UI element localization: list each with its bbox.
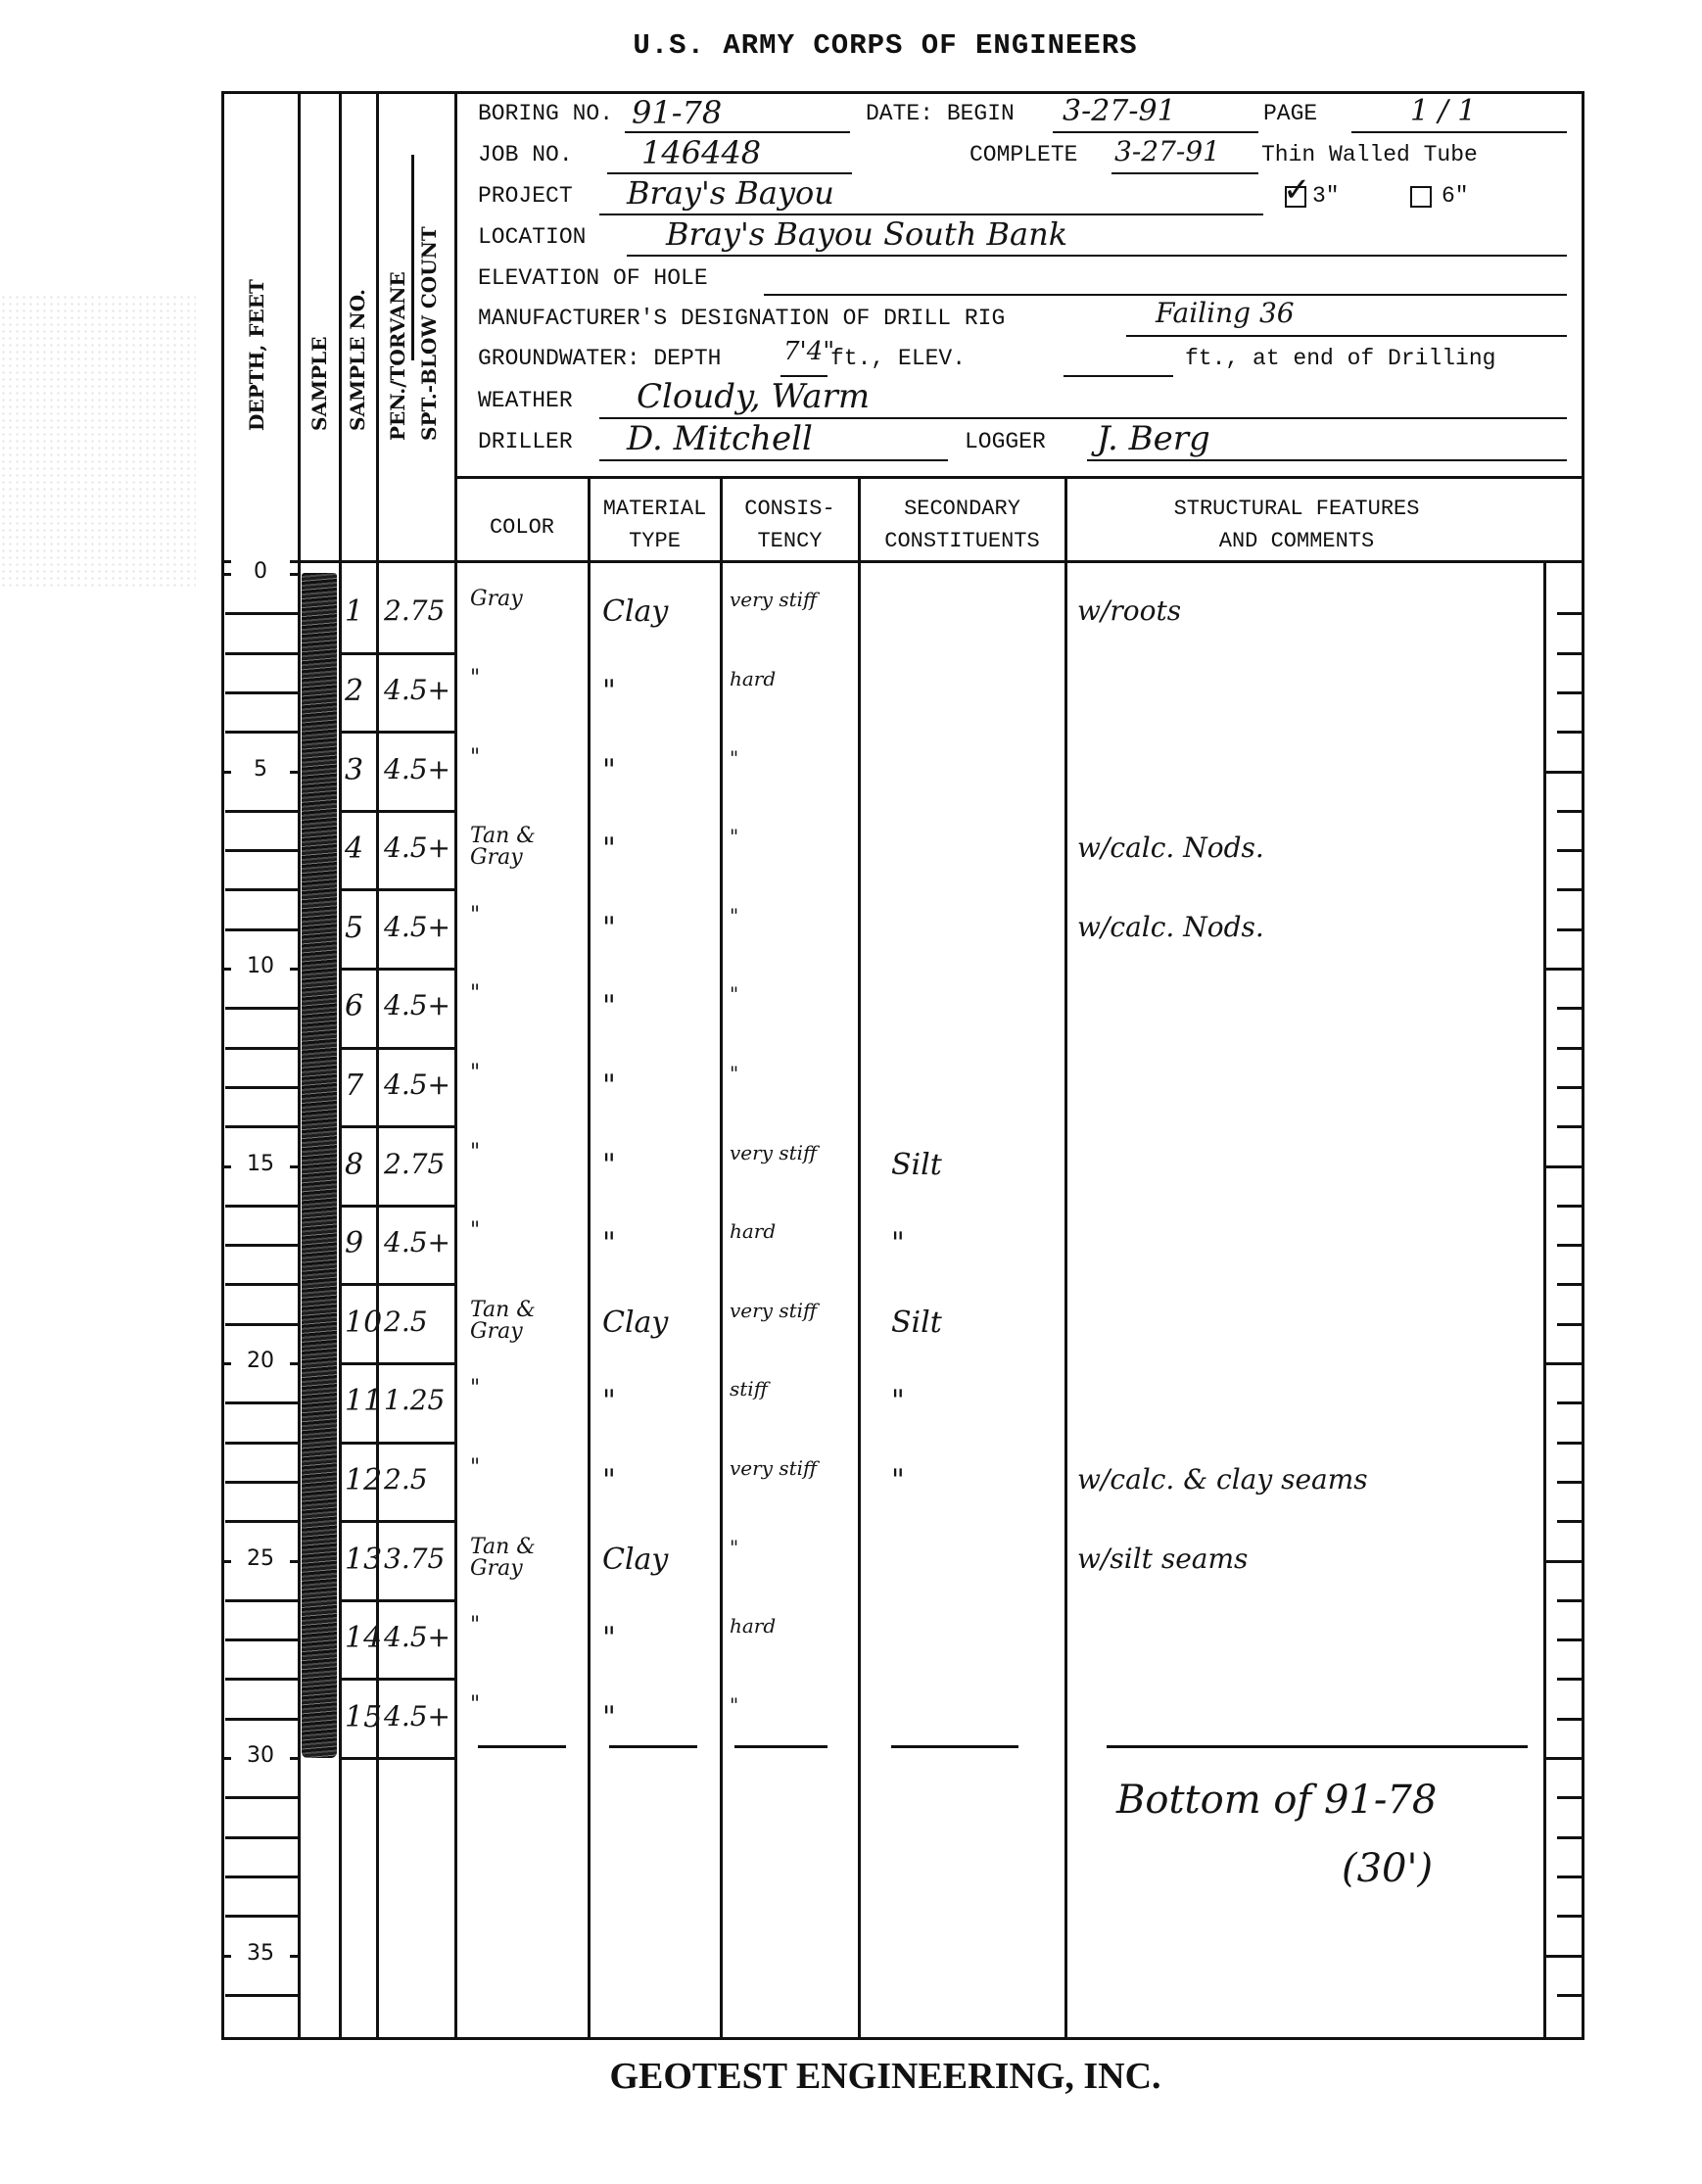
underline-complete	[1111, 172, 1258, 174]
label-job-no: JOB NO.	[478, 142, 573, 167]
sample-row-divider	[339, 731, 456, 734]
sample-color: "	[470, 668, 578, 689]
depth-tick	[225, 1718, 300, 1721]
agency-title: U.S. ARMY CORPS OF ENGINEERS	[0, 29, 1702, 62]
sample-sample-no: 4	[345, 831, 363, 866]
right-scale-tick	[1557, 1718, 1584, 1721]
sample-row-divider	[339, 1125, 456, 1128]
label-tube-6in: 6"	[1442, 183, 1469, 209]
depth-tick	[225, 888, 300, 891]
column-pen-torvane: PEN./TORVANE	[386, 271, 409, 441]
depth-label: 15	[231, 1152, 290, 1176]
sample-row-divider	[339, 968, 456, 971]
complete-value[interactable]: 3-27-91	[1114, 135, 1220, 167]
column-secondary-line2: CONSTITUENTS	[860, 527, 1064, 556]
depth-tick	[225, 1875, 300, 1878]
right-scale-tick	[1557, 1994, 1584, 1997]
right-scale-tick	[1557, 1678, 1584, 1681]
boring-no-value[interactable]: 91-78	[632, 94, 722, 131]
depth-tick	[225, 1520, 300, 1523]
depth-tick	[225, 652, 300, 655]
right-scale-tick	[1557, 1401, 1584, 1404]
right-scale-tick	[1557, 731, 1584, 734]
sample-pen-value: 4.5+	[384, 911, 450, 943]
page-value[interactable]: 1 / 1	[1410, 94, 1476, 128]
end-of-log-line	[1107, 1745, 1528, 1748]
sample-consistency: "	[730, 747, 847, 769]
sample-color: "	[470, 905, 578, 926]
sample-color: "	[470, 983, 578, 1005]
right-scale-tick	[1557, 612, 1584, 615]
depth-tick	[225, 612, 300, 615]
underline-drill-rig	[1126, 335, 1567, 337]
column-structural-line1: STRUCTURAL FEATURES	[1066, 495, 1527, 524]
sample-pen-value: 4.5+	[384, 1068, 450, 1101]
sample-sample-no: 1	[345, 594, 363, 629]
right-scale-major-tick	[1545, 1165, 1584, 1168]
sample-color: Tan & Gray	[470, 826, 578, 869]
label-weather: WEATHER	[478, 388, 573, 413]
column-spt-blow-count: SPT.-BLOW COUNT	[417, 226, 441, 441]
right-scale-major-tick	[1545, 771, 1584, 774]
depth-label: 10	[231, 954, 290, 978]
right-scale-tick	[1557, 1481, 1584, 1484]
column-depth-feet: DEPTH, FEET	[245, 279, 268, 431]
sample-sample-no: 3	[345, 753, 363, 787]
sample-consistency: "	[730, 983, 847, 1005]
sample-sample-no: 14	[345, 1621, 382, 1655]
pen-spt-divider	[411, 155, 414, 360]
sample-consistency: "	[730, 826, 847, 847]
depth-tick	[225, 1086, 300, 1089]
right-scale-major-tick	[1545, 1757, 1584, 1760]
drill-rig-value[interactable]: Failing 36	[1156, 297, 1295, 329]
right-scale-major-tick	[1545, 1955, 1584, 1958]
sample-consistency: "	[730, 1537, 847, 1558]
underline-date-begin	[1053, 131, 1258, 133]
sample-secondary: "	[891, 1226, 905, 1260]
sample-sample-no: 13	[345, 1543, 382, 1577]
divider-pen	[454, 91, 457, 2040]
label-ft-end-of-drilling: ft., at end of Drilling	[1185, 346, 1495, 371]
sample-sample-no: 6	[345, 989, 363, 1023]
sample-consistency: "	[730, 1063, 847, 1084]
depth-tick	[225, 1836, 300, 1839]
depth-tick	[225, 1678, 300, 1681]
sample-material: "	[602, 1700, 616, 1734]
sample-material: "	[602, 1148, 616, 1182]
right-scale-major-tick	[1545, 1362, 1584, 1365]
label-complete: COMPLETE	[969, 142, 1077, 167]
depth-tick	[225, 1442, 300, 1445]
label-thin-walled-tube: Thin Walled Tube	[1261, 142, 1478, 167]
label-page: PAGE	[1263, 101, 1317, 126]
divider-sample-no	[376, 91, 379, 2040]
label-logger: LOGGER	[965, 429, 1046, 454]
sample-color: "	[470, 747, 578, 769]
sample-consistency: hard	[730, 668, 847, 689]
end-of-log-line	[734, 1745, 827, 1748]
label-date-begin: DATE: BEGIN	[866, 101, 1015, 126]
logger-value[interactable]: J. Berg	[1097, 419, 1210, 458]
depth-label: 35	[231, 1941, 290, 1966]
location-value[interactable]: Bray's Bayou South Bank	[666, 215, 1067, 253]
sample-secondary: Silt	[891, 1306, 942, 1340]
sample-row-divider	[339, 1520, 456, 1523]
sample-row-divider	[339, 1442, 456, 1445]
column-sample: SAMPLE	[307, 337, 331, 431]
divider-consistency	[858, 476, 861, 2040]
sample-row-divider	[339, 1678, 456, 1681]
divider-depth	[298, 91, 301, 2040]
sample-row-divider	[339, 1362, 456, 1365]
depth-tick	[225, 1796, 300, 1799]
sample-comments: w/roots	[1077, 594, 1181, 627]
depth-label: 20	[231, 1349, 290, 1373]
depth-tick	[225, 731, 300, 734]
sample-material: "	[602, 831, 616, 866]
column-head-divider	[221, 560, 1584, 563]
sample-row-divider	[339, 1757, 456, 1760]
sample-sample-no: 12	[345, 1463, 382, 1497]
right-scale-tick	[1557, 1796, 1584, 1799]
depth-tick	[225, 1323, 300, 1326]
depth-tick	[225, 1125, 300, 1128]
sample-material: "	[602, 674, 616, 708]
depth-tick	[225, 691, 300, 694]
sample-sample-no: 7	[345, 1068, 363, 1103]
driller-value[interactable]: D. Mitchell	[627, 419, 813, 458]
end-of-log-line	[891, 1745, 1018, 1748]
sample-pen-value: 4.5+	[384, 1700, 450, 1733]
sample-material: "	[602, 1463, 616, 1497]
right-scale-tick	[1557, 1125, 1584, 1128]
sample-color: "	[470, 1615, 578, 1637]
right-scale-tick	[1557, 1599, 1584, 1602]
underline-boring-no	[625, 131, 850, 133]
divider-sample	[339, 91, 342, 2040]
header-divider	[454, 476, 1584, 479]
right-scale-tick	[1557, 1205, 1584, 1208]
sample-secondary: "	[891, 1463, 905, 1497]
depth-tick	[225, 1599, 300, 1602]
sample-color: Gray	[470, 589, 578, 610]
right-scale-major-tick	[1545, 968, 1584, 971]
sample-color: Tan & Gray	[470, 1300, 578, 1343]
sample-row-divider	[339, 1599, 456, 1602]
depth-tick	[225, 849, 300, 852]
divider-secondary	[1064, 476, 1067, 2040]
right-scale-tick	[1557, 1836, 1584, 1839]
label-elevation: ELEVATION OF HOLE	[478, 265, 708, 291]
column-consistency-line2: TENCY	[722, 527, 858, 556]
sample-material: "	[602, 911, 616, 945]
sample-material: "	[602, 1384, 616, 1418]
right-scale-tick	[1557, 1007, 1584, 1010]
right-scale-tick	[1557, 691, 1584, 694]
sample-consistency: very stiff	[730, 1142, 847, 1163]
depth-tick	[225, 1283, 300, 1286]
sample-pen-value: 4.5+	[384, 674, 450, 706]
sample-pen-value: 4.5+	[384, 1621, 450, 1653]
column-secondary-line1: SECONDARY	[860, 495, 1064, 524]
depth-tick	[225, 1401, 300, 1404]
label-tube-3in: 3"	[1312, 183, 1340, 209]
right-scale-tick	[1557, 1915, 1584, 1918]
underline-groundwater-elev	[1064, 375, 1173, 377]
depth-label: 25	[231, 1546, 290, 1571]
underline-elevation	[764, 294, 1567, 296]
sample-row-divider	[339, 1205, 456, 1208]
sample-consistency: very stiff	[730, 1300, 847, 1321]
sample-color: "	[470, 1378, 578, 1400]
right-scale-tick	[1557, 1047, 1584, 1050]
sample-sample-no: 2	[345, 674, 363, 708]
sample-pen-value: 4.5+	[384, 831, 450, 864]
sample-material: "	[602, 1621, 616, 1655]
right-scale-tick	[1557, 1244, 1584, 1247]
right-scale-major-tick	[1545, 1560, 1584, 1563]
right-scale-tick	[1557, 1520, 1584, 1523]
sample-secondary: "	[891, 1384, 905, 1418]
right-scale-tick	[1557, 1442, 1584, 1445]
sample-pen-value: 2.5	[384, 1463, 428, 1496]
divider-material	[720, 476, 723, 2040]
sample-pen-value: 2.75	[384, 594, 445, 627]
right-scale-tick	[1557, 849, 1584, 852]
sample-consistency: very stiff	[730, 1457, 847, 1479]
sample-consistency: stiff	[730, 1378, 847, 1400]
label-drill-rig: MANUFACTURER'S DESIGNATION OF DRILL RIG	[478, 306, 1005, 331]
bottom-note-line2: (30')	[1342, 1846, 1433, 1891]
sample-sample-no: 11	[345, 1384, 382, 1418]
label-location: LOCATION	[478, 224, 586, 250]
depth-tick	[225, 928, 300, 931]
sample-comments: w/silt seams	[1077, 1543, 1248, 1575]
sample-material: Clay	[602, 1543, 668, 1577]
sample-pen-value: 3.75	[384, 1543, 445, 1575]
sample-color: "	[470, 1457, 578, 1479]
sample-color: "	[470, 1142, 578, 1163]
right-scale-tick	[1557, 810, 1584, 813]
label-driller: DRILLER	[478, 429, 573, 454]
sample-material: Clay	[602, 594, 668, 629]
column-consistency-line1: CONSIS-	[722, 495, 858, 524]
depth-label: 30	[231, 1743, 290, 1768]
label-groundwater-depth: GROUNDWATER: DEPTH	[478, 346, 721, 371]
sample-sample-no: 9	[345, 1226, 363, 1260]
underline-page	[1351, 131, 1567, 133]
end-of-log-line	[478, 1745, 566, 1748]
sample-sample-no: 10	[345, 1306, 382, 1340]
sample-row-divider	[339, 810, 456, 813]
depth-tick	[225, 1205, 300, 1208]
depth-tick	[225, 1915, 300, 1918]
sample-material: "	[602, 753, 616, 787]
sample-row-divider	[339, 652, 456, 655]
sample-consistency: "	[730, 1694, 847, 1716]
depth-tick	[225, 1481, 300, 1484]
date-begin-value[interactable]: 3-27-91	[1063, 94, 1176, 128]
sample-pen-value: 4.5+	[384, 1226, 450, 1258]
job-no-value[interactable]: 146448	[641, 134, 761, 171]
underline-location	[627, 255, 1567, 257]
depth-tick	[225, 1047, 300, 1050]
sample-pen-value: 2.75	[384, 1148, 445, 1180]
groundwater-depth-value[interactable]: 7'4"	[783, 337, 834, 366]
sample-core-graphic	[302, 573, 337, 1758]
column-material-line2: TYPE	[590, 527, 720, 556]
sample-material: "	[602, 989, 616, 1023]
sample-color: "	[470, 1220, 578, 1242]
company-footer: GEOTEST ENGINEERING, INC.	[0, 2055, 1702, 2098]
sample-comments: w/calc. Nods.	[1077, 911, 1264, 943]
sample-pen-value: 4.5+	[384, 989, 450, 1021]
weather-value[interactable]: Cloudy, Warm	[637, 377, 870, 416]
end-of-log-line	[609, 1745, 697, 1748]
sample-consistency: "	[730, 905, 847, 926]
sample-pen-value: 4.5+	[384, 753, 450, 785]
bottom-note-line1: Bottom of 91-78	[1116, 1778, 1437, 1823]
column-structural-line2: AND COMMENTS	[1066, 527, 1527, 556]
sample-row-divider	[339, 1283, 456, 1286]
label-project: PROJECT	[478, 183, 573, 209]
underline-logger	[1087, 459, 1567, 461]
sample-color: "	[470, 1063, 578, 1084]
underline-driller	[599, 459, 948, 461]
depth-tick	[225, 1638, 300, 1641]
right-scale-tick	[1557, 1638, 1584, 1641]
sample-comments: w/calc. & clay seams	[1077, 1463, 1368, 1496]
sample-comments: w/calc. Nods.	[1077, 831, 1264, 864]
sample-material: "	[602, 1068, 616, 1103]
label-boring-no: BORING NO.	[478, 101, 613, 126]
depth-label: 0	[231, 559, 290, 584]
divider-right-scale	[1543, 560, 1546, 2040]
divider-color	[588, 476, 591, 2040]
sample-consistency: very stiff	[730, 589, 847, 610]
sample-pen-value: 2.5	[384, 1306, 428, 1338]
sample-sample-no: 15	[345, 1700, 382, 1734]
label-ft-elev: ft., ELEV.	[830, 346, 966, 371]
sample-color: "	[470, 1694, 578, 1716]
depth-tick	[225, 810, 300, 813]
column-sample-no: SAMPLE NO.	[346, 289, 369, 431]
depth-label: 5	[231, 757, 290, 782]
sample-consistency: hard	[730, 1220, 847, 1242]
sample-sample-no: 8	[345, 1148, 363, 1182]
right-scale-tick	[1557, 928, 1584, 931]
sample-consistency: hard	[730, 1615, 847, 1637]
sample-secondary: Silt	[891, 1148, 942, 1182]
sample-material: Clay	[602, 1306, 668, 1340]
column-material-line1: MATERIAL	[590, 495, 720, 524]
project-value[interactable]: Bray's Bayou	[627, 174, 834, 212]
checkbox-tube-6in[interactable]	[1410, 186, 1432, 208]
sample-row-divider	[339, 1047, 456, 1050]
sample-row-divider	[339, 888, 456, 891]
sample-pen-value: 1.25	[384, 1384, 445, 1416]
right-scale-tick	[1557, 652, 1584, 655]
depth-tick	[225, 1994, 300, 1997]
depth-tick	[225, 1244, 300, 1247]
right-scale-tick	[1557, 1086, 1584, 1089]
right-scale-tick	[1557, 888, 1584, 891]
column-color: COLOR	[456, 513, 588, 543]
right-scale-tick	[1557, 1283, 1584, 1286]
sample-sample-no: 5	[345, 911, 363, 945]
depth-tick	[225, 1007, 300, 1010]
right-scale-tick	[1557, 1875, 1584, 1878]
sample-color: Tan & Gray	[470, 1537, 578, 1580]
sample-material: "	[602, 1226, 616, 1260]
right-scale-tick	[1557, 1323, 1584, 1326]
scan-noise	[0, 294, 196, 588]
check-mark-icon: ✓	[1283, 170, 1311, 210]
